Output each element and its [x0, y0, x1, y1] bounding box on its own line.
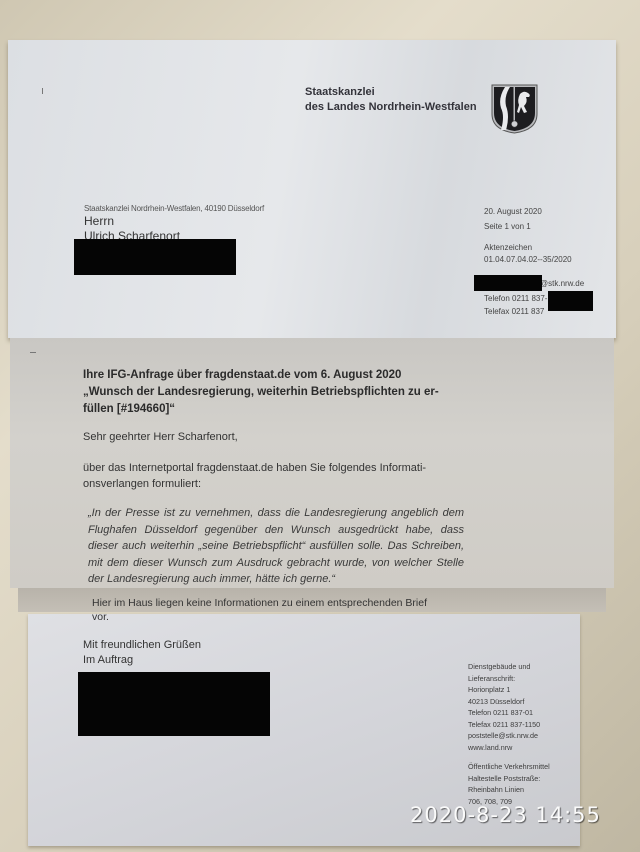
redacted-recipient-address — [74, 239, 236, 275]
footer-contact: Dienstgebäude und Lieferanschrift: Horio… — [468, 661, 550, 807]
intro-line-1: über das Internetportal fragdenstaat.de … — [83, 460, 426, 477]
footer-line: poststelle@stk.nrw.de — [468, 730, 550, 742]
contact-phone: Telefon 0211 837- — [484, 294, 547, 303]
contact-fax: Telefax 0211 837 — [484, 307, 544, 316]
closing-on-behalf: Im Auftrag — [83, 652, 133, 669]
transit-line: Haltestelle Poststraße: — [468, 773, 550, 785]
footer-line: www.land.nrw — [468, 742, 550, 754]
authority-line-1: Staatskanzlei — [305, 85, 477, 100]
footer-line: 40213 Düsseldorf — [468, 696, 550, 708]
answer-line-2: vor. — [92, 609, 109, 626]
letterhead-authority: Staatskanzlei des Landes Nordrhein-Westf… — [305, 85, 477, 115]
punch-mark — [30, 352, 36, 353]
photo-timestamp: 2020-8-23 14:55 — [410, 803, 601, 827]
nrw-coat-of-arms-icon — [491, 84, 538, 134]
greeting: Sehr geehrter Herr Scharfenort, — [83, 429, 238, 446]
subject-line-2: „Wunsch der Landesregierung, weiterhin B… — [83, 384, 439, 401]
authority-line-2: des Landes Nordrhein-Westfalen — [305, 100, 477, 115]
intro-line-2: onsverlangen formuliert: — [83, 476, 201, 493]
page-count: Seite 1 von 1 — [484, 222, 531, 231]
transit-line: Öffentliche Verkehrsmittel — [468, 761, 550, 773]
answer-line-1: Hier im Haus liegen keine Informationen … — [92, 595, 427, 612]
letter-date: 20. August 2020 — [484, 207, 542, 216]
return-address: Staatskanzlei Nordrhein-Westfalen, 40190… — [84, 204, 264, 213]
request-quote: „In der Presse ist zu vernehmen, dass di… — [88, 505, 464, 588]
subject-line-1: Ihre IFG-Anfrage über fragdenstaat.de vo… — [83, 367, 439, 384]
fold-mark — [42, 88, 43, 94]
subject-line-3: füllen [#194660]“ — [83, 401, 439, 418]
reference-value: 01.04.07.04.02--35/2020 — [484, 255, 572, 264]
footer-line: Lieferanschrift: — [468, 673, 550, 685]
recipient-salutation: Herrn — [84, 214, 180, 229]
footer-line: Telefon 0211 837-01 — [468, 707, 550, 719]
redacted-email-user — [474, 275, 542, 291]
transit-line: Rheinbahn Linien — [468, 784, 550, 796]
footer-line: Telefax 0211 837-1150 — [468, 719, 550, 731]
footer-line: Horionplatz 1 — [468, 684, 550, 696]
redacted-signature — [78, 672, 270, 736]
contact-email: @stk.nrw.de — [540, 279, 584, 288]
subject-block: Ihre IFG-Anfrage über fragdenstaat.de vo… — [83, 367, 439, 418]
footer-line: Dienstgebäude und — [468, 661, 550, 673]
reference-label: Aktenzeichen — [484, 243, 532, 252]
redacted-phone-extension — [548, 291, 593, 311]
